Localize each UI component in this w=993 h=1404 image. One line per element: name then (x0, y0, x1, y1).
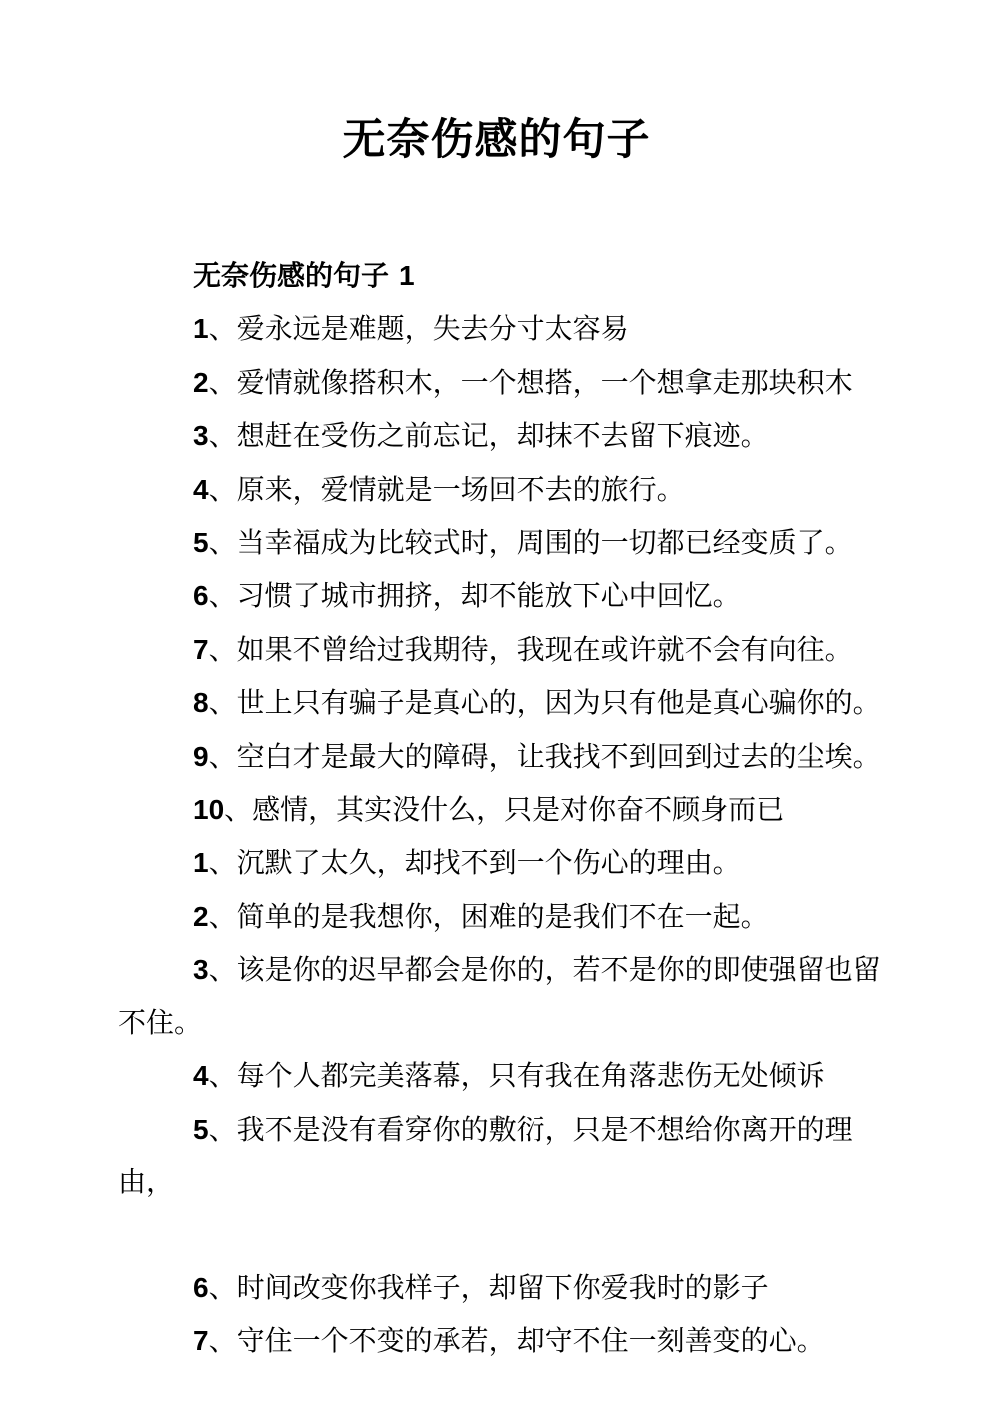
section-heading-number: 1 (399, 260, 415, 291)
item-enum-mark: 、 (224, 795, 252, 826)
item-number: 6 (193, 580, 209, 611)
item-enum-mark: 、 (209, 475, 237, 506)
list-item: 6、习惯了城市拥挤，却不能放下心中回忆。 (118, 570, 882, 623)
item-number: 5 (193, 527, 209, 558)
item-number: 3 (193, 954, 209, 985)
item-text: 简单的是我想你，困难的是我们不在一起。 (237, 902, 769, 933)
item-enum-mark: 、 (209, 1061, 237, 1092)
item-text: 爱永远是难题，失去分寸太容易 (237, 314, 629, 345)
list-item: 1、爱永远是难题，失去分寸太容易 (118, 303, 882, 356)
item-text: 空白才是最大的障碍，让我找不到回到过去的尘埃。 (237, 742, 881, 773)
item-text: 原来，爱情就是一场回不去的旅行。 (237, 475, 685, 506)
item-text: 时间改变你我样子，却留下你爱我时的影子 (237, 1273, 769, 1304)
list-item: 3、该是你的迟早都会是你的，若不是你的即使强留也留不住。 (118, 944, 882, 1050)
item-number: 1 (193, 313, 209, 344)
item-number: 4 (193, 1060, 209, 1091)
item-enum-mark: 、 (209, 848, 237, 879)
item-text: 习惯了城市拥挤，却不能放下心中回忆。 (237, 581, 741, 612)
item-enum-mark: 、 (209, 635, 237, 666)
list-item: 7、守住一个不变的承若，却守不住一刻善变的心。 (118, 1315, 882, 1368)
item-text: 如果不曾给过我期待，我现在或许就不会有向往。 (237, 635, 853, 666)
item-text: 每个人都完美落幕，只有我在角落悲伤无处倾诉 (237, 1061, 825, 1092)
list-item: 9、空白才是最大的障碍，让我找不到回到过去的尘埃。 (118, 731, 882, 784)
document-page: 无奈伤感的句子 无奈伤感的句子1 1、爱永远是难题，失去分寸太容易 2、爱情就像… (0, 0, 993, 1404)
list-item: 2、爱情就像搭积木，一个想搭，一个想拿走那块积木 (118, 357, 882, 410)
item-number: 2 (193, 901, 209, 932)
document-title: 无奈伤感的句子 (0, 112, 993, 170)
item-number: 10 (193, 794, 224, 825)
item-number: 3 (193, 420, 209, 451)
list-item: 2、简单的是我想你，困难的是我们不在一起。 (118, 891, 882, 944)
item-enum-mark: 、 (209, 1115, 237, 1146)
list-item: 3、想赶在受伤之前忘记，却抹不去留下痕迹。 (118, 410, 882, 463)
list-item: 4、原来，爱情就是一场回不去的旅行。 (118, 464, 882, 517)
item-enum-mark: 、 (209, 1273, 237, 1304)
item-text: 感情，其实没什么，只是对你奋不顾身而已 (252, 795, 784, 826)
item-text: 想赶在受伤之前忘记，却抹不去留下痕迹。 (237, 421, 769, 452)
item-text: 沉默了太久，却找不到一个伤心的理由。 (237, 848, 741, 879)
item-enum-mark: 、 (209, 528, 237, 559)
section-heading: 无奈伤感的句子1 (118, 250, 882, 303)
item-enum-mark: 、 (209, 1326, 237, 1357)
item-number: 4 (193, 474, 209, 505)
list-item: 1、沉默了太久，却找不到一个伤心的理由。 (118, 837, 882, 890)
item-text: 守住一个不变的承若，却守不住一刻善变的心。 (237, 1326, 825, 1357)
item-text: 当幸福成为比较式时，周围的一切都已经变质了。 (237, 528, 853, 559)
item-enum-mark: 、 (209, 688, 237, 719)
item-text: 爱情就像搭积木，一个想搭，一个想拿走那块积木 (237, 368, 853, 399)
list-item: 10、感情，其实没什么，只是对你奋不顾身而已 (118, 784, 882, 837)
list-item: 8、世上只有骗子是真心的，因为只有他是真心骗你的。 (118, 677, 882, 730)
item-enum-mark: 、 (209, 955, 237, 986)
item-enum-mark: 、 (209, 314, 237, 345)
item-number: 9 (193, 741, 209, 772)
document-body: 无奈伤感的句子1 1、爱永远是难题，失去分寸太容易 2、爱情就像搭积木，一个想搭… (0, 250, 993, 1369)
item-number: 6 (193, 1272, 209, 1303)
item-enum-mark: 、 (209, 581, 237, 612)
item-enum-mark: 、 (209, 902, 237, 933)
item-enum-mark: 、 (209, 368, 237, 399)
list-item: 5、当幸福成为比较式时，周围的一切都已经变质了。 (118, 517, 882, 570)
item-number: 2 (193, 367, 209, 398)
item-number: 8 (193, 687, 209, 718)
section-heading-text: 无奈伤感的句子 (193, 261, 389, 292)
item-number: 7 (193, 1325, 209, 1356)
item-number: 1 (193, 847, 209, 878)
blank-line (118, 1209, 882, 1261)
item-number: 7 (193, 634, 209, 665)
item-enum-mark: 、 (209, 421, 237, 452)
item-text: 世上只有骗子是真心的，因为只有他是真心骗你的。 (237, 688, 881, 719)
list-item: 4、每个人都完美落幕，只有我在角落悲伤无处倾诉 (118, 1050, 882, 1103)
item-enum-mark: 、 (209, 742, 237, 773)
item-number: 5 (193, 1114, 209, 1145)
list-item: 5、我不是没有看穿你的敷衍，只是不想给你离开的理由， (118, 1104, 882, 1210)
list-item: 7、如果不曾给过我期待，我现在或许就不会有向往。 (118, 624, 882, 677)
list-item: 6、时间改变你我样子，却留下你爱我时的影子 (118, 1262, 882, 1315)
